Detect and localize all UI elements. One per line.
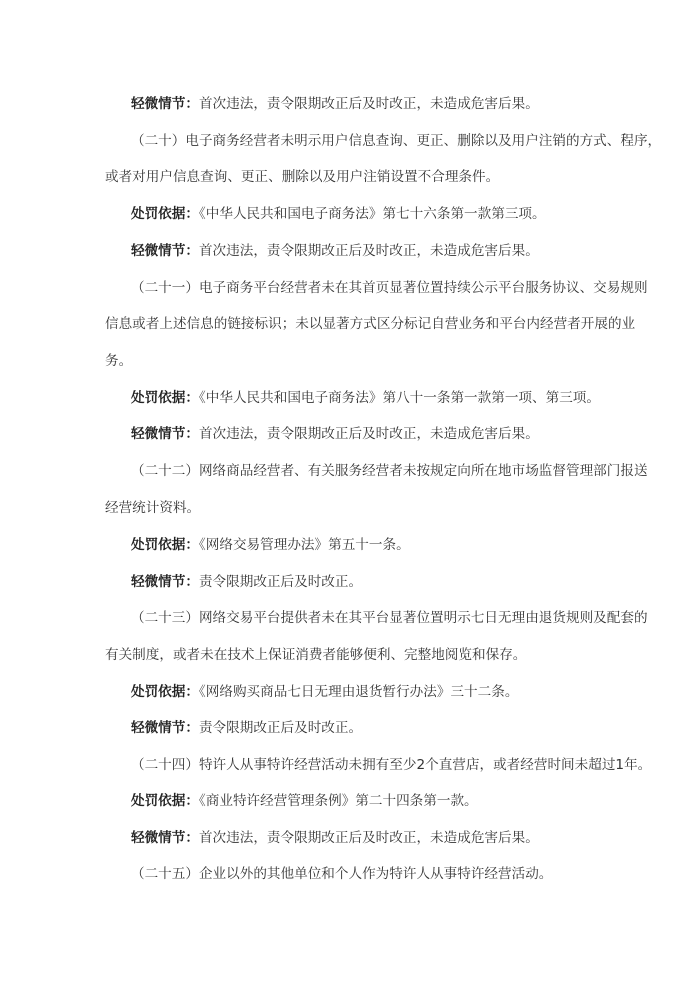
minor-text: 首次违法，责令限期改正后及时改正，未造成危害后果。 [199,96,539,112]
minor-circumstance: 轻微情节：责令限期改正后及时改正。 [131,573,631,591]
basis-text: 《网络购买商品七日无理由退货暂行办法》三十二条。 [199,684,518,700]
item-22-line-2: 经营统计资料。 [105,499,605,517]
minor-circumstance: 轻微情节：首次违法，责令限期改正后及时改正，未造成危害后果。 [131,95,631,113]
minor-label: 轻微情节： [131,720,199,736]
item-21-line-3: 务。 [105,352,605,370]
minor-circumstance: 轻微情节：首次违法，责令限期改正后及时改正，未造成危害后果。 [131,829,631,847]
item-20-line-1: （二十）电子商务经营者未明示用户信息查询、更正、删除以及用户注销的方式、程序， [131,132,631,150]
penalty-basis: 处罚依据：《商业特许经营管理条例》第二十四条第一款。 [131,792,631,810]
minor-label: 轻微情节： [131,243,199,259]
basis-label: 处罚依据： [131,684,199,700]
minor-circumstance: 轻微情节：首次违法，责令限期改正后及时改正，未造成危害后果。 [131,242,631,260]
item-21-line-1: （二十一）电子商务平台经营者未在其首页显著位置持续公示平台服务协议、交易规则 [131,279,631,297]
document-page: 轻微情节：首次违法，责令限期改正后及时改正，未造成危害后果。 （二十）电子商务经… [0,0,700,990]
basis-text: 《商业特许经营管理条例》第二十四条第一款。 [199,793,478,809]
basis-label: 处罚依据： [131,537,199,553]
item-21-line-2: 信息或者上述信息的链接标识；未以显著方式区分标记自营业务和平台内经营者开展的业 [105,315,605,333]
item-23-line-2: 有关制度，或者未在技术上保证消费者能够便利、完整地阅览和保存。 [105,646,605,664]
minor-text: 首次违法，责令限期改正后及时改正，未造成危害后果。 [199,243,539,259]
minor-text: 责令限期改正后及时改正。 [199,720,362,736]
basis-text: 《中华人民共和国电子商务法》第八十一条第一款第一项、第三项。 [199,390,600,406]
minor-label: 轻微情节： [131,830,199,846]
penalty-basis: 处罚依据：《中华人民共和国电子商务法》第七十六条第一款第三项。 [131,205,631,223]
minor-circumstance: 轻微情节：责令限期改正后及时改正。 [131,719,631,737]
minor-circumstance: 轻微情节：首次违法，责令限期改正后及时改正，未造成危害后果。 [131,425,631,443]
penalty-basis: 处罚依据：《网络交易管理办法》第五十一条。 [131,536,631,554]
item-22-line-1: （二十二）网络商品经营者、有关服务经营者未按规定向所在地市场监督管理部门报送 [131,462,631,480]
basis-text: 《中华人民共和国电子商务法》第七十六条第一款第三项。 [199,206,546,222]
minor-text: 责令限期改正后及时改正。 [199,574,362,590]
minor-label: 轻微情节： [131,574,199,590]
basis-label: 处罚依据： [131,390,199,406]
item-24-line-1: （二十四）特许人从事特许经营活动未拥有至少2个直营店，或者经营时间未超过1年。 [131,756,631,774]
item-20-line-2: 或者对用户信息查询、更正、删除以及用户注销设置不合理条件。 [105,168,605,186]
minor-label: 轻微情节： [131,96,199,112]
penalty-basis: 处罚依据：《中华人民共和国电子商务法》第八十一条第一款第一项、第三项。 [131,389,631,407]
basis-label: 处罚依据： [131,206,199,222]
item-23-line-1: （二十三）网络交易平台提供者未在其平台显著位置明示七日无理由退货规则及配套的 [131,609,631,627]
minor-label: 轻微情节： [131,426,199,442]
minor-text: 首次违法，责令限期改正后及时改正，未造成危害后果。 [199,426,539,442]
basis-label: 处罚依据： [131,793,199,809]
basis-text: 《网络交易管理办法》第五十一条。 [199,537,410,553]
item-25-line-1: （二十五）企业以外的其他单位和个人作为特许人从事特许经营活动。 [131,865,631,883]
penalty-basis: 处罚依据：《网络购买商品七日无理由退货暂行办法》三十二条。 [131,683,631,701]
minor-text: 首次违法，责令限期改正后及时改正，未造成危害后果。 [199,830,539,846]
